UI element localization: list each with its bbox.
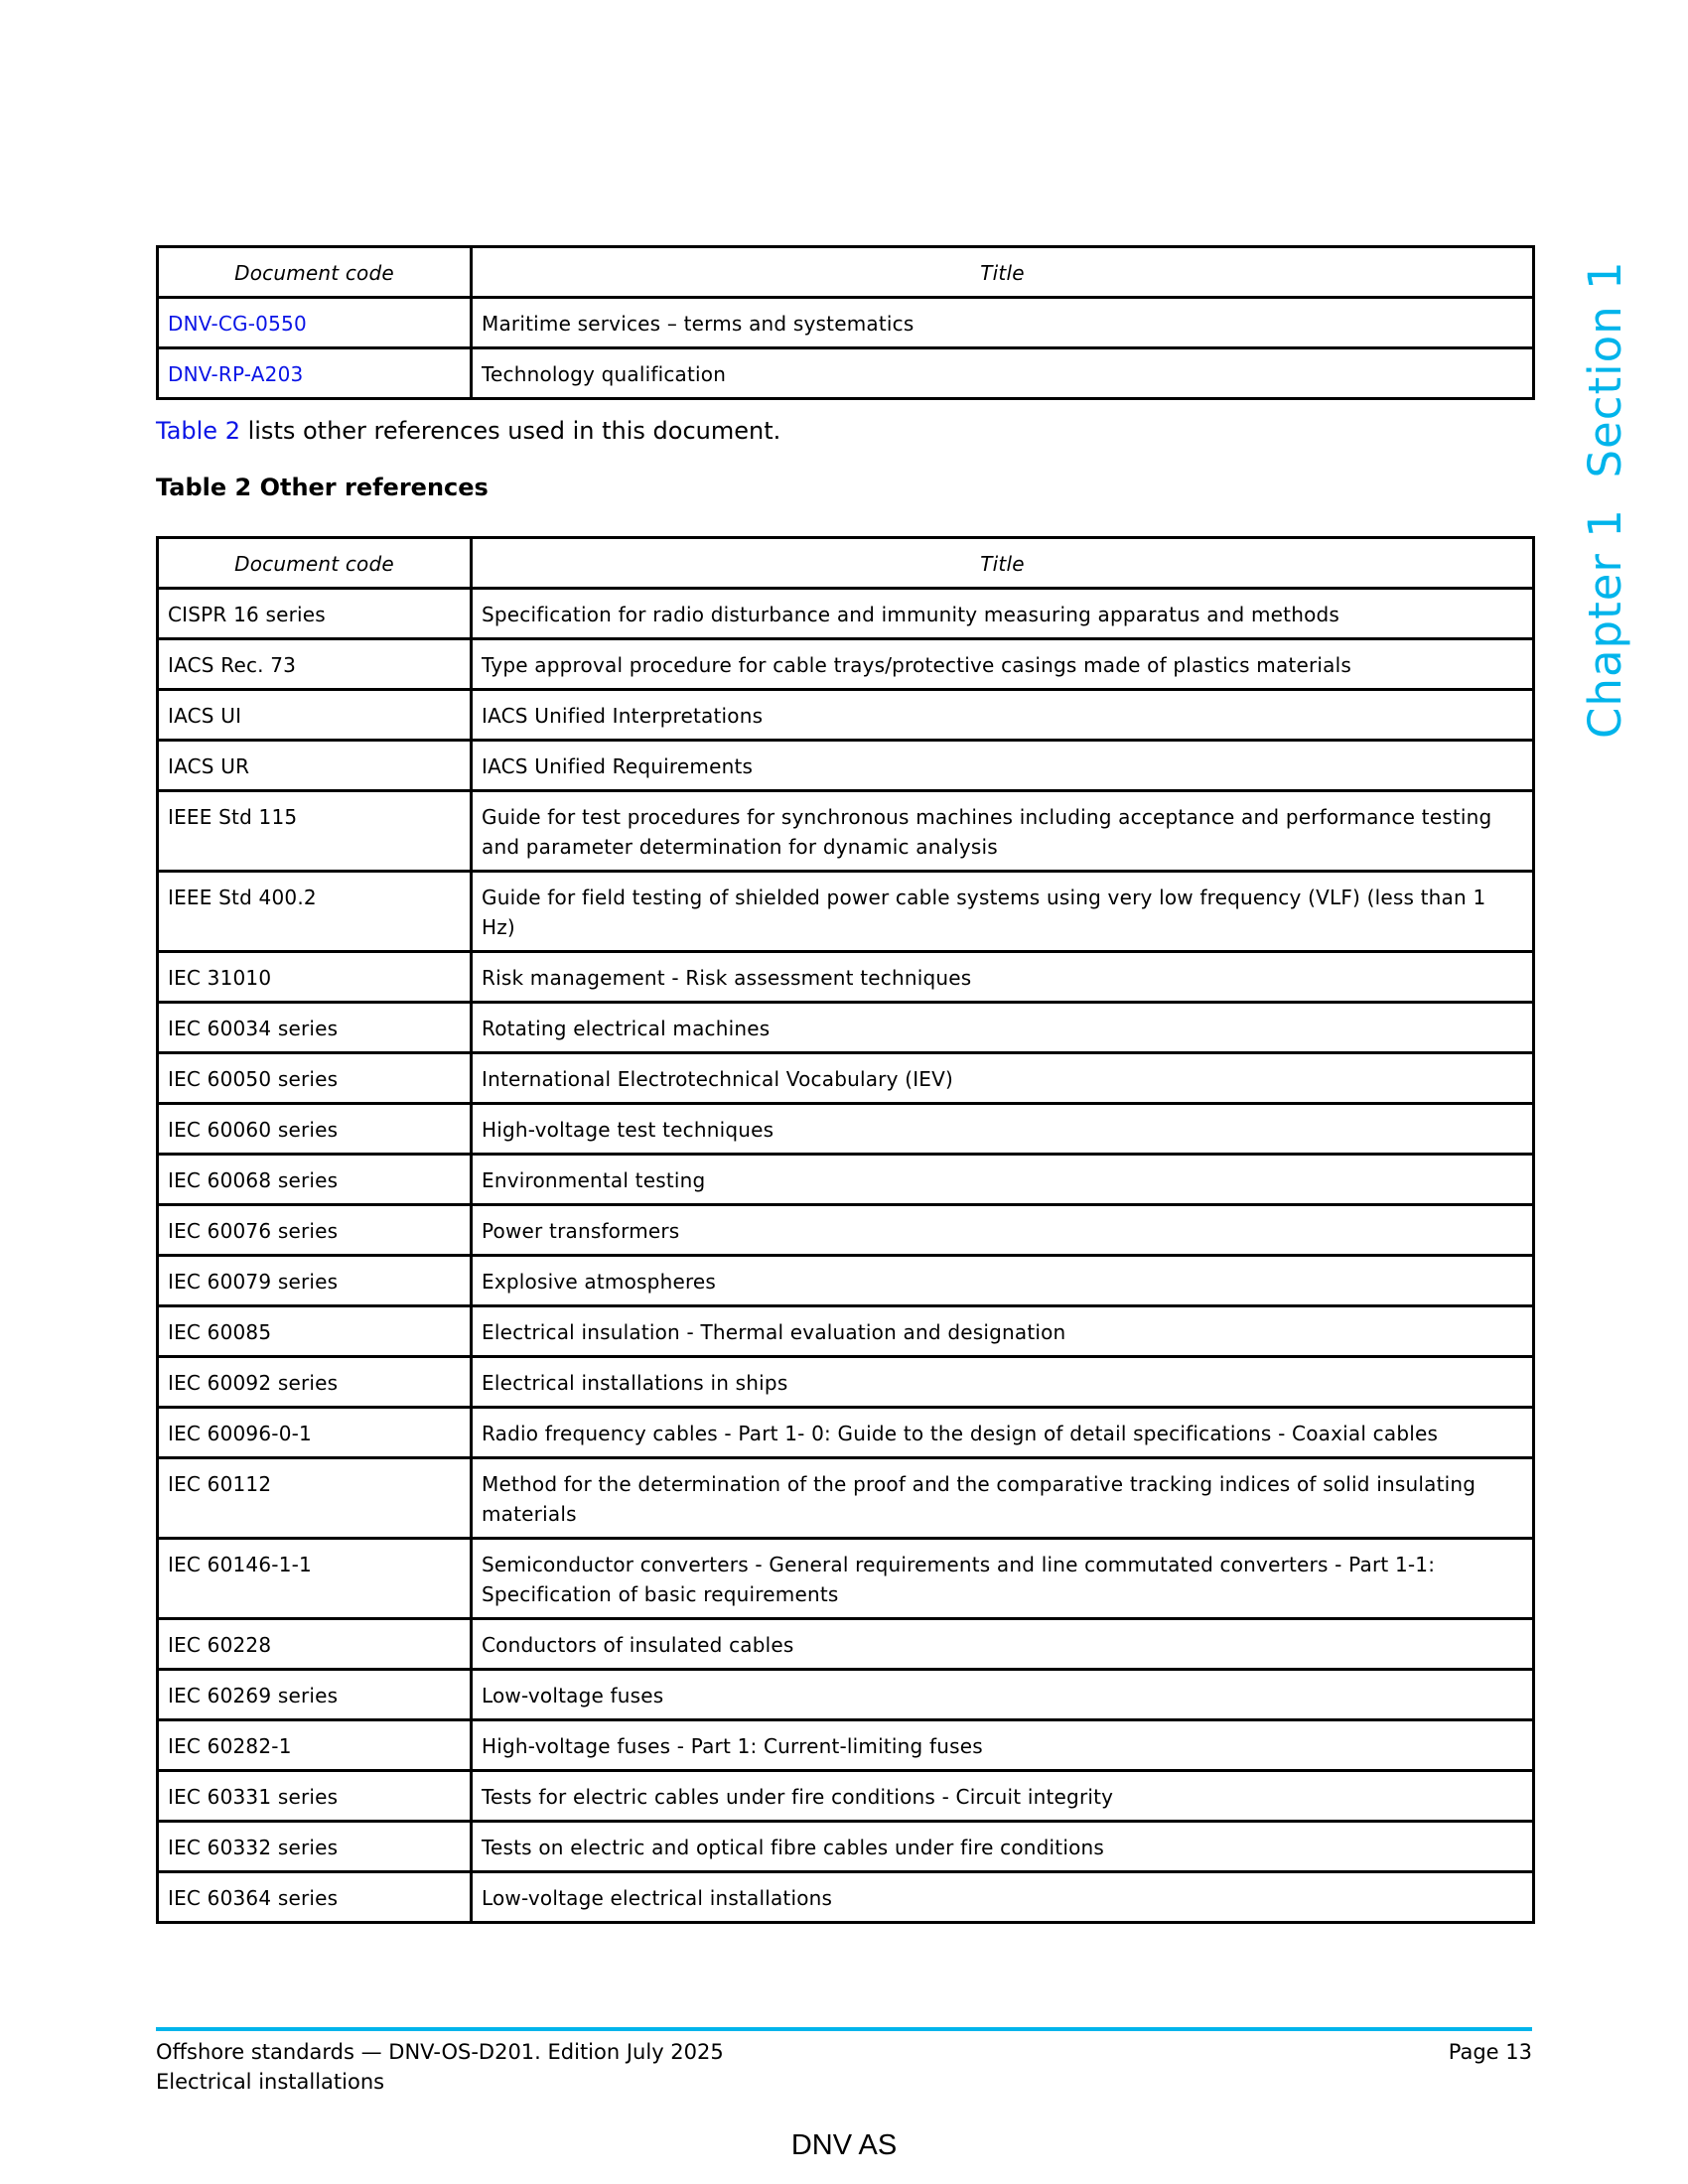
intro-paragraph: Table 2 lists other references used in t… <box>156 417 780 445</box>
document-code-cell: IACS Rec. 73 <box>158 639 472 690</box>
document-code-cell: IEC 60269 series <box>158 1670 472 1720</box>
document-code-cell: IEEE Std 400.2 <box>158 872 472 952</box>
table-row: CISPR 16 seriesSpecification for radio d… <box>158 589 1534 639</box>
table-row: IEC 60079 seriesExplosive atmospheres <box>158 1256 1534 1306</box>
document-code-cell: IACS UI <box>158 690 472 741</box>
table-header-row: Document code Title <box>158 538 1534 589</box>
document-title-cell: Maritime services – terms and systematic… <box>472 298 1534 348</box>
document-title-cell: Electrical installations in ships <box>472 1357 1534 1408</box>
table-row: IEC 60364 seriesLow-voltage electrical i… <box>158 1872 1534 1923</box>
document-code-cell: IEC 60112 <box>158 1458 472 1539</box>
table-row: IEC 60076 seriesPower transformers <box>158 1205 1534 1256</box>
table-row: DNV-RP-A203Technology qualification <box>158 348 1534 399</box>
table-row: IEC 60068 seriesEnvironmental testing <box>158 1155 1534 1205</box>
table-row: IEC 60034 seriesRotating electrical mach… <box>158 1003 1534 1053</box>
table-row: IEEE Std 115Guide for test procedures fo… <box>158 791 1534 872</box>
other-references-table: Document code Title CISPR 16 seriesSpeci… <box>156 536 1535 1924</box>
document-code: IEC 60060 series <box>168 1118 338 1142</box>
document-title-cell: International Electrotechnical Vocabular… <box>472 1053 1534 1104</box>
document-code-cell: IEC 60096-0-1 <box>158 1408 472 1458</box>
document-code: IEC 60034 series <box>168 1017 338 1040</box>
document-code-cell: IEC 60085 <box>158 1306 472 1357</box>
table-caption: Table 2 Other references <box>156 474 489 501</box>
table-row: IEC 60050 seriesInternational Electrotec… <box>158 1053 1534 1104</box>
footer-divider <box>156 2027 1532 2031</box>
document-code: IEC 60096-0-1 <box>168 1422 312 1445</box>
table-row: DNV-CG-0550Maritime services – terms and… <box>158 298 1534 348</box>
document-title-cell: IACS Unified Requirements <box>472 741 1534 791</box>
footer-subtitle: Electrical installations <box>156 2067 724 2097</box>
document-code-cell: DNV-CG-0550 <box>158 298 472 348</box>
document-title-cell: Environmental testing <box>472 1155 1534 1205</box>
document-code: IEC 60228 <box>168 1633 271 1657</box>
normative-references-table: Document code Title DNV-CG-0550Maritime … <box>156 245 1535 400</box>
document-title-cell: Low-voltage fuses <box>472 1670 1534 1720</box>
document-code-cell: IEC 60332 series <box>158 1822 472 1872</box>
document-code-cell: IEC 60076 series <box>158 1205 472 1256</box>
document-code: IACS UR <box>168 754 249 778</box>
table-row: IEC 31010Risk management - Risk assessme… <box>158 952 1534 1003</box>
document-title-cell: Tests on electric and optical fibre cabl… <box>472 1822 1534 1872</box>
document-title-cell: Specification for radio disturbance and … <box>472 589 1534 639</box>
document-code: IEC 60282-1 <box>168 1734 292 1758</box>
document-code: IEC 60332 series <box>168 1836 338 1859</box>
document-code-cell: DNV-RP-A203 <box>158 348 472 399</box>
document-code-cell: IEC 60079 series <box>158 1256 472 1306</box>
document-code: IEC 60076 series <box>168 1219 338 1243</box>
document-title-cell: Rotating electrical machines <box>472 1003 1534 1053</box>
document-code: IEC 60085 <box>168 1320 271 1344</box>
document-code: IEC 60112 <box>168 1472 271 1496</box>
document-code: IEEE Std 400.2 <box>168 886 317 909</box>
document-code-cell: IEC 60282-1 <box>158 1720 472 1771</box>
document-title-cell: Explosive atmospheres <box>472 1256 1534 1306</box>
table-row: IEC 60269 seriesLow-voltage fuses <box>158 1670 1534 1720</box>
document-code: IEC 60269 series <box>168 1684 338 1707</box>
table-row: IEC 60092 seriesElectrical installations… <box>158 1357 1534 1408</box>
document-code: IEC 60068 series <box>168 1168 338 1192</box>
document-code: IEC 60092 series <box>168 1371 338 1395</box>
document-code-cell: IEC 60060 series <box>158 1104 472 1155</box>
document-code-link[interactable]: DNV-CG-0550 <box>168 312 307 336</box>
document-code: IACS Rec. 73 <box>168 653 296 677</box>
table-row: IEC 60331 seriesTests for electric cable… <box>158 1771 1534 1822</box>
document-code-cell: IACS UR <box>158 741 472 791</box>
document-code-cell: CISPR 16 series <box>158 589 472 639</box>
document-code-cell: IEC 60050 series <box>158 1053 472 1104</box>
table-row: IACS UIIACS Unified Interpretations <box>158 690 1534 741</box>
column-header-title: Title <box>472 247 1534 298</box>
footer-document-info: Offshore standards — DNV-OS-D201. Editio… <box>156 2037 724 2097</box>
table-row: IEC 60060 seriesHigh-voltage test techni… <box>158 1104 1534 1155</box>
document-code: CISPR 16 series <box>168 603 326 626</box>
table-2-link[interactable]: Table 2 <box>156 417 240 445</box>
document-code: IEC 60331 series <box>168 1785 338 1809</box>
document-title-cell: Type approval procedure for cable trays/… <box>472 639 1534 690</box>
document-code: IEC 60146-1-1 <box>168 1553 312 1576</box>
table-row: IEEE Std 400.2Guide for field testing of… <box>158 872 1534 952</box>
table-row: IEC 60096-0-1Radio frequency cables - Pa… <box>158 1408 1534 1458</box>
document-title-cell: Tests for electric cables under fire con… <box>472 1771 1534 1822</box>
table-row: IEC 60228Conductors of insulated cables <box>158 1619 1534 1670</box>
table-row: IEC 60085Electrical insulation - Thermal… <box>158 1306 1534 1357</box>
table-row: IACS URIACS Unified Requirements <box>158 741 1534 791</box>
document-title-cell: Risk management - Risk assessment techni… <box>472 952 1534 1003</box>
page-number: Page 13 <box>1449 2037 1532 2067</box>
document-title-cell: Method for the determination of the proo… <box>472 1458 1534 1539</box>
document-code: IEC 60050 series <box>168 1067 338 1091</box>
document-code-cell: IEC 60068 series <box>158 1155 472 1205</box>
table-row: IEC 60112Method for the determination of… <box>158 1458 1534 1539</box>
document-title-cell: Technology qualification <box>472 348 1534 399</box>
document-code: IEC 60364 series <box>168 1886 338 1910</box>
document-code-cell: IEC 60034 series <box>158 1003 472 1053</box>
document-code: IEC 31010 <box>168 966 271 990</box>
document-code-cell: IEEE Std 115 <box>158 791 472 872</box>
document-title-cell: IACS Unified Interpretations <box>472 690 1534 741</box>
document-code-cell: IEC 60228 <box>158 1619 472 1670</box>
paragraph-text: lists other references used in this docu… <box>240 417 780 445</box>
document-title-cell: Power transformers <box>472 1205 1534 1256</box>
document-code-cell: IEC 60331 series <box>158 1771 472 1822</box>
document-code: IACS UI <box>168 704 241 728</box>
document-code-link[interactable]: DNV-RP-A203 <box>168 362 303 386</box>
document-code-cell: IEC 60092 series <box>158 1357 472 1408</box>
document-title-cell: Guide for test procedures for synchronou… <box>472 791 1534 872</box>
column-header-title: Title <box>472 538 1534 589</box>
document-title-cell: Semiconductor converters - General requi… <box>472 1539 1534 1619</box>
column-header-document-code: Document code <box>158 247 472 298</box>
document-title-cell: Guide for field testing of shielded powe… <box>472 872 1534 952</box>
document-code-cell: IEC 31010 <box>158 952 472 1003</box>
document-title-cell: High-voltage test techniques <box>472 1104 1534 1155</box>
footer-edition: Offshore standards — DNV-OS-D201. Editio… <box>156 2037 724 2067</box>
document-code-cell: IEC 60146-1-1 <box>158 1539 472 1619</box>
table-header-row: Document code Title <box>158 247 1534 298</box>
document-title-cell: Electrical insulation - Thermal evaluati… <box>472 1306 1534 1357</box>
table-row: IACS Rec. 73Type approval procedure for … <box>158 639 1534 690</box>
table-row: IEC 60282-1High-voltage fuses - Part 1: … <box>158 1720 1534 1771</box>
table-row: IEC 60332 seriesTests on electric and op… <box>158 1822 1534 1872</box>
document-title-cell: Conductors of insulated cables <box>472 1619 1534 1670</box>
document-title-cell: Low-voltage electrical installations <box>472 1872 1534 1923</box>
document-title-cell: Radio frequency cables - Part 1- 0: Guid… <box>472 1408 1534 1458</box>
document-code-cell: IEC 60364 series <box>158 1872 472 1923</box>
document-code: IEC 60079 series <box>168 1270 338 1294</box>
table-row: IEC 60146-1-1Semiconductor converters - … <box>158 1539 1534 1619</box>
document-code: IEEE Std 115 <box>168 805 297 829</box>
publisher-name: DNV AS <box>0 2129 1688 2162</box>
column-header-document-code: Document code <box>158 538 472 589</box>
document-title-cell: High-voltage fuses - Part 1: Current-lim… <box>472 1720 1534 1771</box>
chapter-section-label: Chapter 1 Section 1 <box>1579 260 1631 739</box>
